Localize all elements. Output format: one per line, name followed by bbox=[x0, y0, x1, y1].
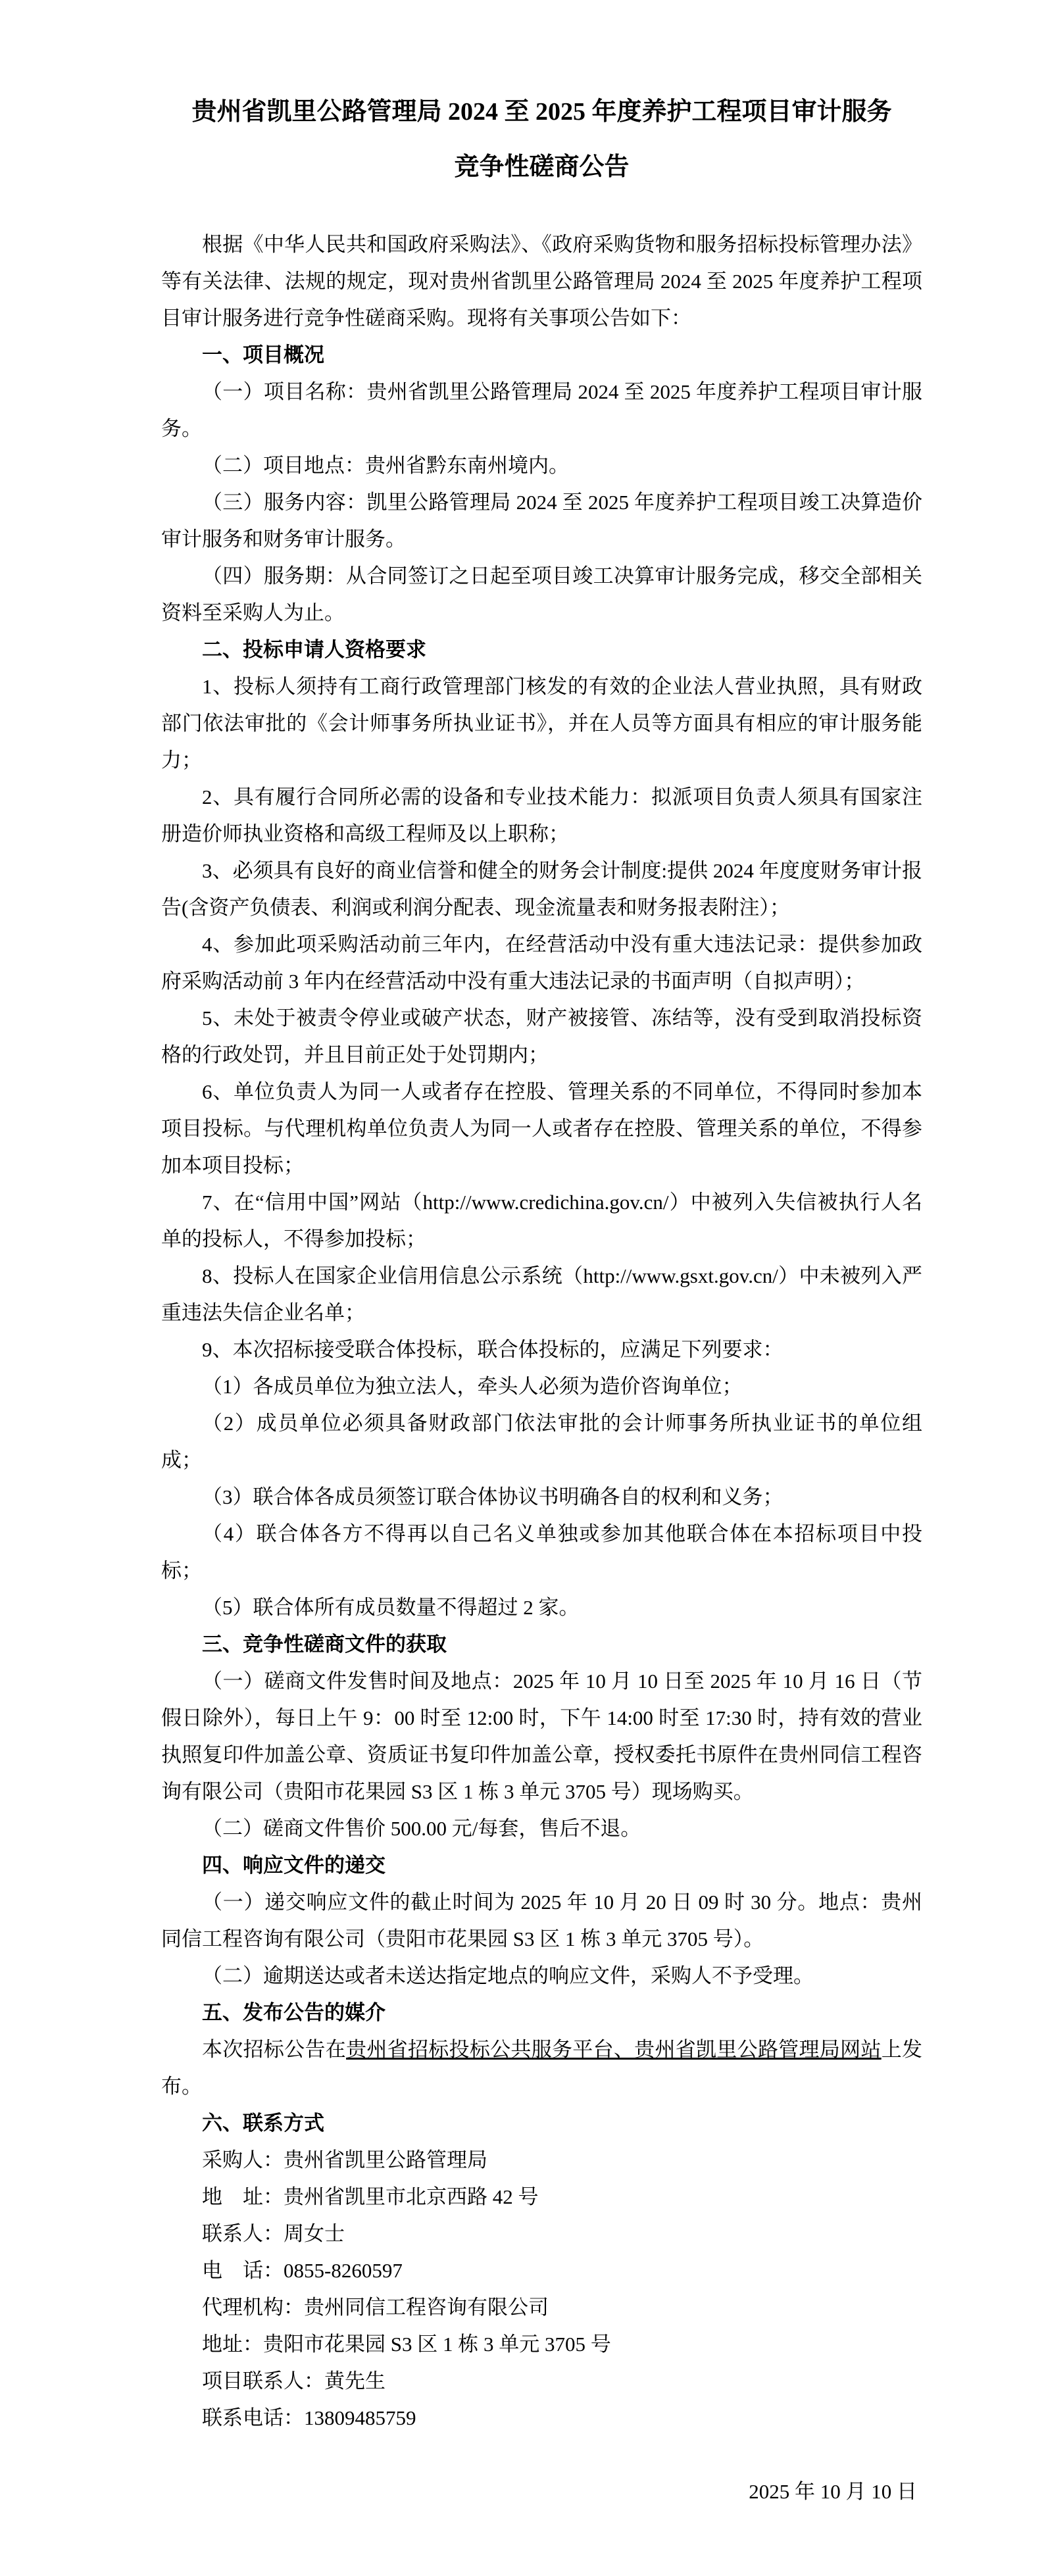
section-heading-document-acquisition: 三、竞争性磋商文件的获取 bbox=[161, 1626, 922, 1663]
section-heading-contact-info: 六、联系方式 bbox=[161, 2105, 922, 2142]
announcement-page: 贵州省凯里公路管理局 2024 至 2025 年度养护工程项目审计服务 竞争性磋… bbox=[0, 0, 1044, 2576]
contact-line-project-phone: 联系电话：13809485759 bbox=[161, 2400, 922, 2437]
section-heading-project-overview: 一、项目概况 bbox=[161, 337, 922, 374]
doc-title: 贵州省凯里公路管理局 2024 至 2025 年度养护工程项目审计服务 竞争性磋… bbox=[161, 84, 922, 195]
contact-line-project-contact: 项目联系人：黄先生 bbox=[161, 2363, 922, 2400]
media-notice-underlined: 贵州省招标投标公共服务平台、贵州省凯里公路管理局网站 bbox=[346, 2038, 882, 2061]
contact-line-agency: 代理机构：贵州同信工程咨询有限公司 bbox=[161, 2289, 922, 2326]
paragraph-late-submission: （二）逾期送达或者未送达指定地点的响应文件，采购人不予受理。 bbox=[161, 1958, 922, 1994]
paragraph-document-sale-time: （一）磋商文件发售时间及地点：2025 年 10 月 10 日至 2025 年 … bbox=[161, 1663, 922, 1810]
paragraph-consortium-rule-5: （5）联合体所有成员数量不得超过 2 家。 bbox=[161, 1589, 922, 1626]
section-heading-response-submission: 四、响应文件的递交 bbox=[161, 1847, 922, 1884]
contact-line-contact-person: 联系人：周女士 bbox=[161, 2216, 922, 2252]
section-heading-bidder-qualifications: 二、投标申请人资格要求 bbox=[161, 632, 922, 668]
paragraph-qualification-1: 1、投标人须持有工商行政管理部门核发的有效的企业法人营业执照，具有财政部门依法审… bbox=[161, 668, 922, 779]
paragraph-qualification-7: 7、在“信用中国”网站（http://www.credichina.gov.cn… bbox=[161, 1184, 922, 1258]
contact-line-purchaser: 采购人：贵州省凯里公路管理局 bbox=[161, 2142, 922, 2179]
media-notice-prefix: 本次招标公告在 bbox=[202, 2038, 346, 2061]
paragraph-qualification-2: 2、具有履行合同所必需的设备和专业技术能力：拟派项目负责人须具有国家注册造价师执… bbox=[161, 779, 922, 853]
publish-date: 2025 年 10 月 10 日 bbox=[161, 2473, 922, 2510]
paragraph-consortium-rule-4: （4）联合体各方不得再以自己名义单独或参加其他联合体在本招标项目中投标； bbox=[161, 1516, 922, 1589]
paragraph-submission-deadline: （一）递交响应文件的截止时间为 2025 年 10 月 20 日 09 时 30… bbox=[161, 1884, 922, 1958]
paragraph-qualification-3: 3、必须具有良好的商业信誉和健全的财务会计制度:提供 2024 年度度财务审计报… bbox=[161, 853, 922, 926]
contact-line-purchaser-address: 地 址：贵州省凯里市北京西路 42 号 bbox=[161, 2179, 922, 2216]
paragraph-service-period: （四）服务期：从合同签订之日起至项目竣工决算审计服务完成，移交全部相关资料至采购… bbox=[161, 558, 922, 632]
paragraph-consortium-rule-1: （1）各成员单位为独立法人，牵头人必须为造价咨询单位； bbox=[161, 1368, 922, 1405]
doc-title-line2: 竞争性磋商公告 bbox=[161, 139, 922, 195]
paragraph-document-price: （二）磋商文件售价 500.00 元/每套，售后不退。 bbox=[161, 1810, 922, 1847]
paragraph-project-location: （二）项目地点：贵州省黔东南州境内。 bbox=[161, 447, 922, 484]
section-heading-announcement-media: 五、发布公告的媒介 bbox=[161, 1994, 922, 2031]
paragraph-media-notice: 本次招标公告在贵州省招标投标公共服务平台、贵州省凯里公路管理局网站上发布。 bbox=[161, 2031, 922, 2105]
paragraph-qualification-9: 9、本次招标接受联合体投标，联合体投标的，应满足下列要求： bbox=[161, 1331, 922, 1368]
paragraph-qualification-4: 4、参加此项采购活动前三年内，在经营活动中没有重大违法记录：提供参加政府采购活动… bbox=[161, 926, 922, 1000]
paragraph-consortium-rule-2: （2）成员单位必须具备财政部门依法审批的会计师事务所执业证书的单位组成； bbox=[161, 1405, 922, 1479]
intro-paragraph: 根据《中华人民共和国政府采购法》、《政府采购货物和服务招标投标管理办法》等有关法… bbox=[161, 226, 922, 337]
paragraph-qualification-5: 5、未处于被责令停业或破产状态，财产被接管、冻结等，没有受到取消投标资格的行政处… bbox=[161, 1000, 922, 1074]
paragraph-service-content: （三）服务内容：凯里公路管理局 2024 至 2025 年度养护工程项目竣工决算… bbox=[161, 484, 922, 558]
paragraph-qualification-8: 8、投标人在国家企业信用信息公示系统（http://www.gsxt.gov.c… bbox=[161, 1258, 922, 1331]
contact-line-phone: 电 话：0855-8260597 bbox=[161, 2252, 922, 2289]
paragraph-consortium-rule-3: （3）联合体各成员须签订联合体协议书明确各自的权利和义务； bbox=[161, 1479, 922, 1516]
doc-title-line1: 贵州省凯里公路管理局 2024 至 2025 年度养护工程项目审计服务 bbox=[161, 84, 922, 139]
paragraph-project-name: （一）项目名称：贵州省凯里公路管理局 2024 至 2025 年度养护工程项目审… bbox=[161, 374, 922, 447]
paragraph-qualification-6: 6、单位负责人为同一人或者存在控股、管理关系的不同单位，不得同时参加本项目投标。… bbox=[161, 1074, 922, 1184]
contact-line-agency-address: 地址：贵阳市花果园 S3 区 1 栋 3 单元 3705 号 bbox=[161, 2326, 922, 2363]
